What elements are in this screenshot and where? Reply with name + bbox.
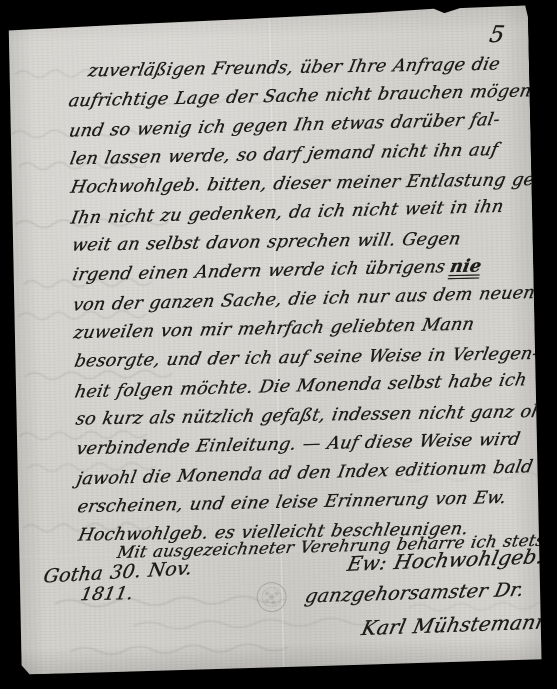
underlined-word: nie <box>448 256 483 277</box>
page-number: 5 <box>488 22 507 48</box>
signature-block: Ew: Hochwohlgeb. ganzgehorsamster Dr. Ka… <box>306 546 557 640</box>
manuscript-paper: 5 zuverläßigen Freunds, über Ihre Anfrag… <box>6 5 542 674</box>
dateline-year: 1811. <box>43 582 194 606</box>
dateline: Gotha 30. Nov. 1811. <box>44 560 192 606</box>
letter-body: zuverläßigen Freunds, über Ihre Anfrage … <box>67 53 530 556</box>
scanned-letter-page: 5 zuverläßigen Freunds, über Ihre Anfrag… <box>0 0 557 689</box>
